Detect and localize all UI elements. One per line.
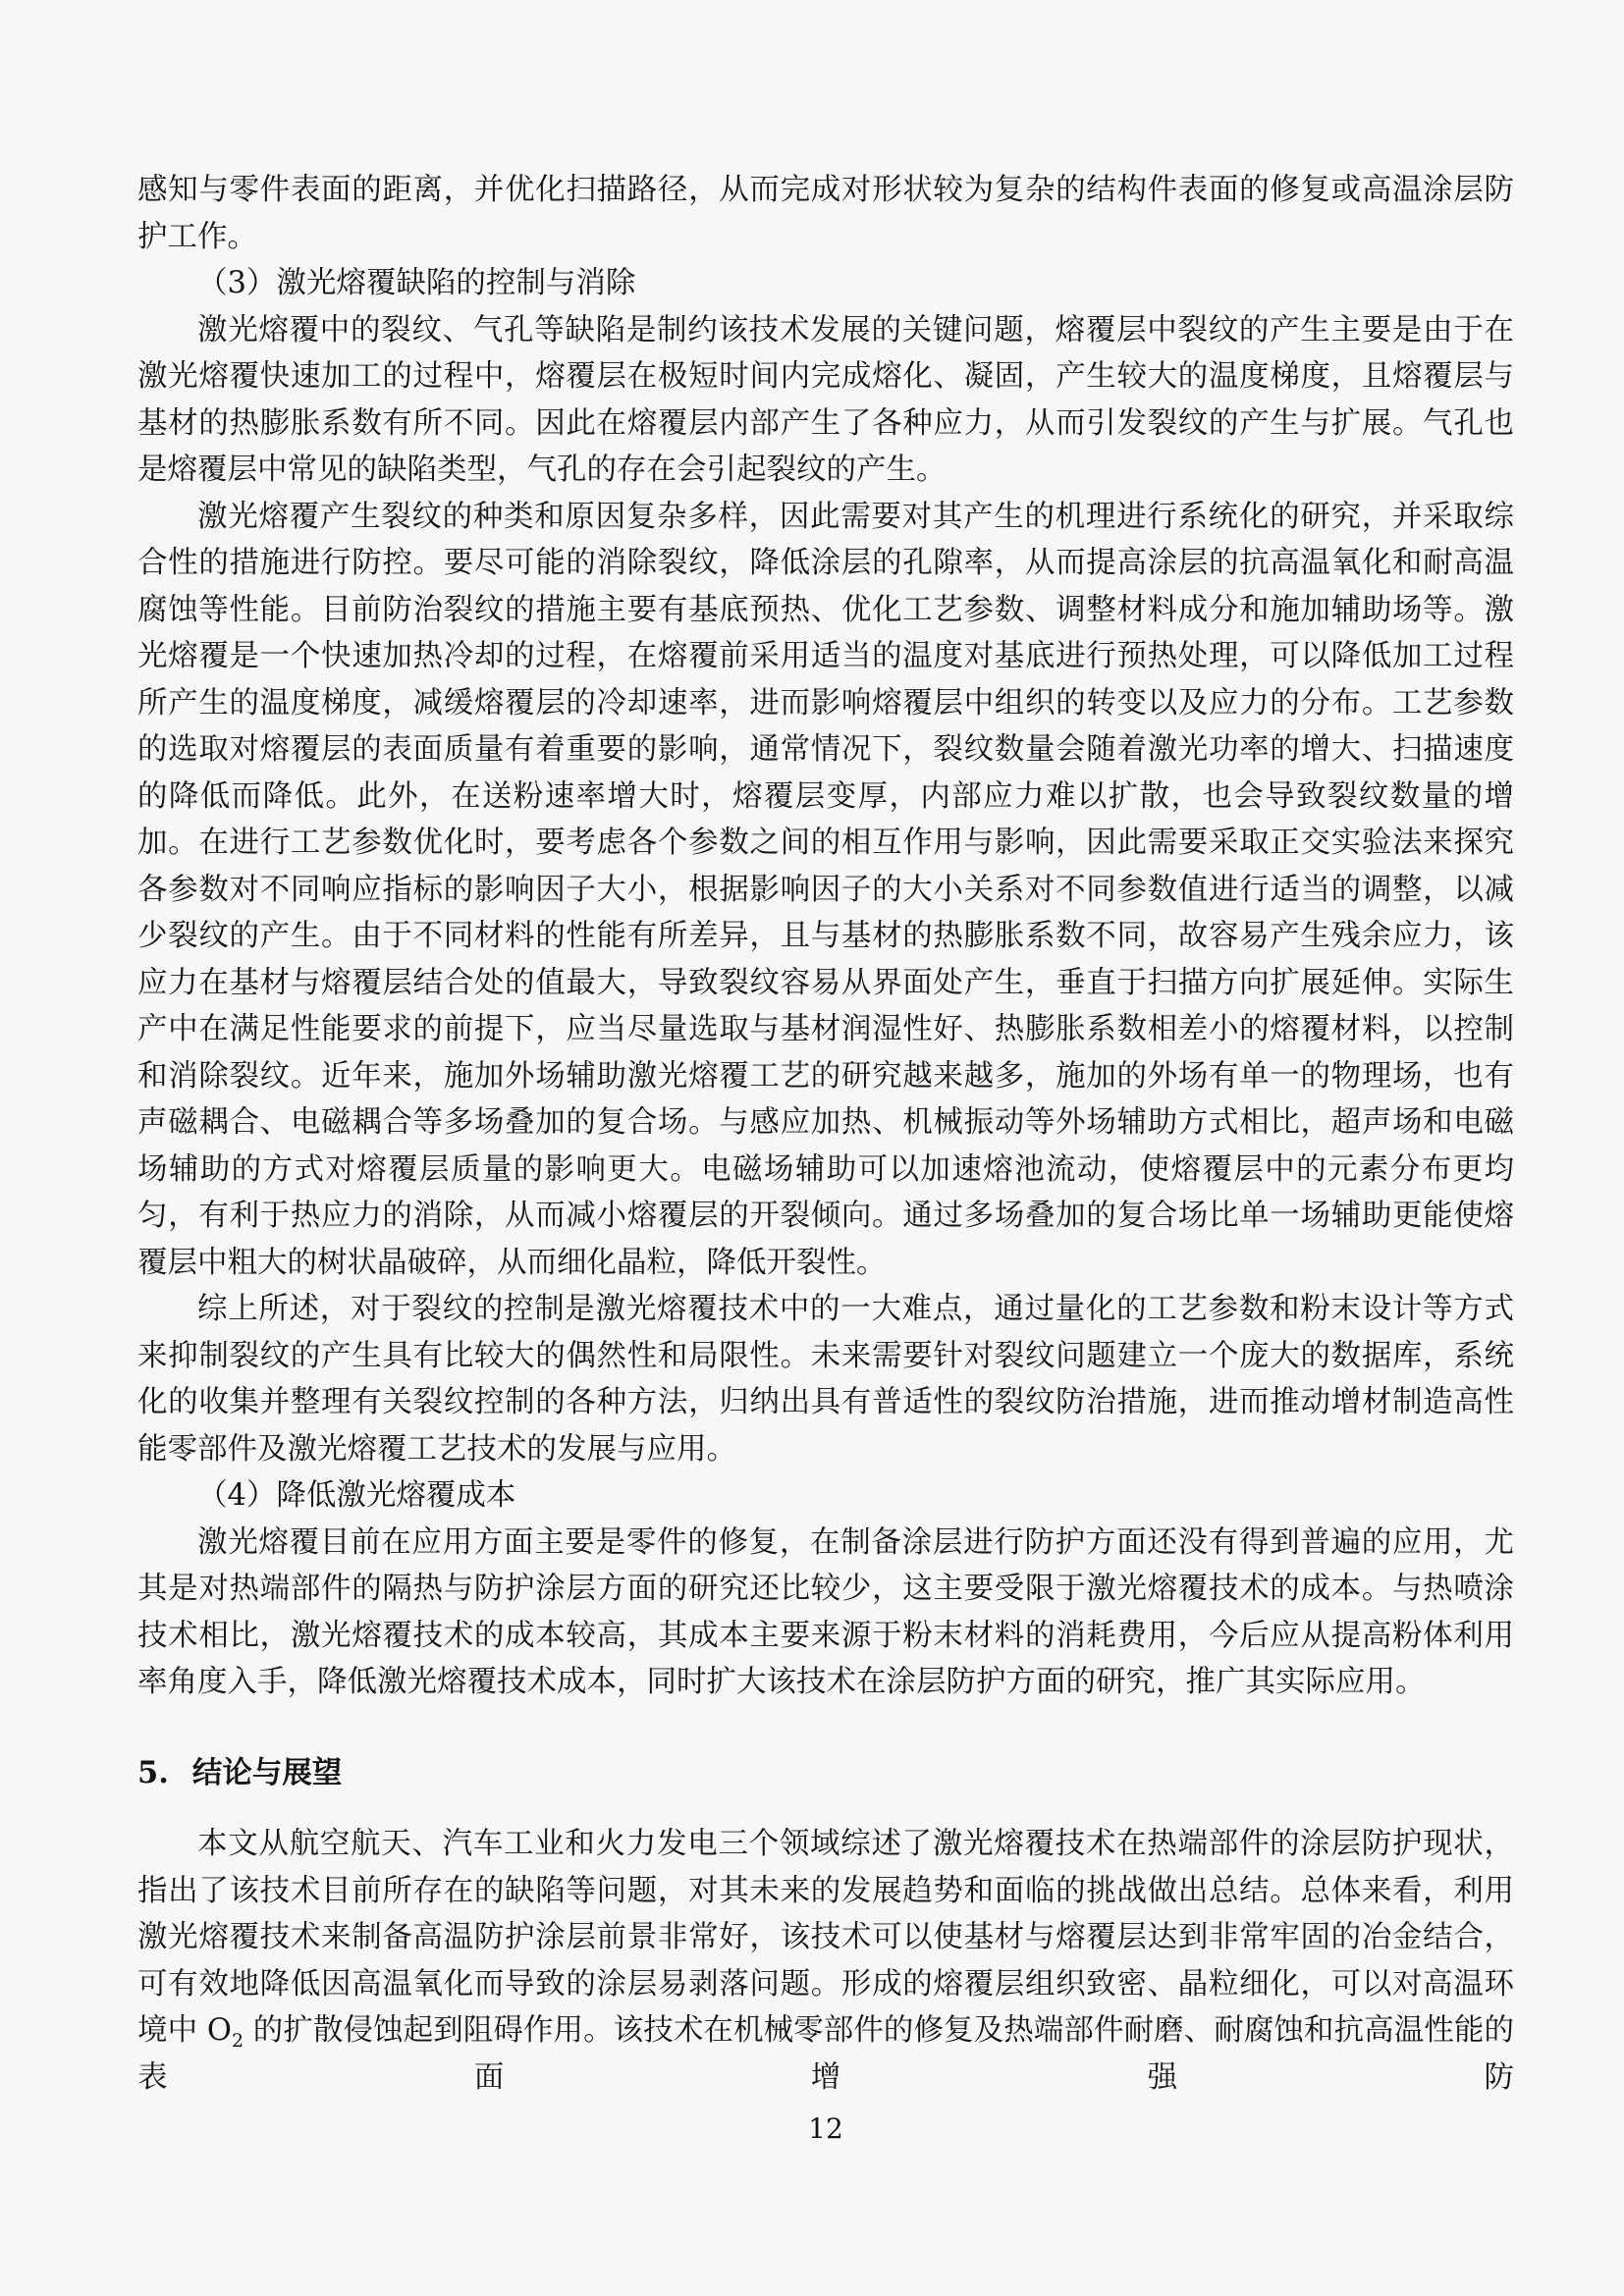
section-title: 结论与展望 bbox=[192, 1755, 343, 1790]
document-page: 感知与零件表面的距离，并优化扫描路径，从而完成对形状较为复杂的结构件表面的修复或… bbox=[0, 0, 1624, 2296]
conclusion-text-part2: 的扩散侵蚀起到阻碍作用。该技术在机械零部件的修复及热端部件耐磨、耐腐蚀和抗高温性… bbox=[137, 2013, 1514, 2095]
page-number: 12 bbox=[137, 2112, 1514, 2146]
paragraph-cost: 激光熔覆目前在应用方面主要是零件的修复，在制备涂层进行防护方面还没有得到普遍的应… bbox=[137, 1520, 1514, 1706]
subsection-heading-cost: （4）降低激光熔覆成本 bbox=[137, 1472, 1514, 1520]
paragraph-continuation: 感知与零件表面的距离，并优化扫描路径，从而完成对形状较为复杂的结构件表面的修复或… bbox=[137, 167, 1514, 260]
paragraph-summary: 综上所述，对于裂纹的控制是激光熔覆技术中的一大难点，通过量化的工艺参数和粉末设计… bbox=[137, 1286, 1514, 1472]
paragraph-crack-mechanism: 激光熔覆产生裂纹的种类和原因复杂多样，因此需要对其产生的机理进行系统化的研究，并… bbox=[137, 494, 1514, 1287]
section-heading-conclusion: 5.结论与展望 bbox=[137, 1750, 1514, 1797]
subsection-heading-defect-control: （3）激光熔覆缺陷的控制与消除 bbox=[137, 260, 1514, 307]
section-number: 5. bbox=[137, 1750, 169, 1797]
paragraph-conclusion: 本文从航空航天、汽车工业和火力发电三个领域综述了激光熔覆技术在热端部件的涂层防护… bbox=[137, 1821, 1514, 2101]
paragraph-defects: 激光熔覆中的裂纹、气孔等缺陷是制约该技术发展的关键问题，熔覆层中裂纹的产生主要是… bbox=[137, 307, 1514, 494]
o2-subscript: 2 bbox=[232, 2030, 244, 2052]
